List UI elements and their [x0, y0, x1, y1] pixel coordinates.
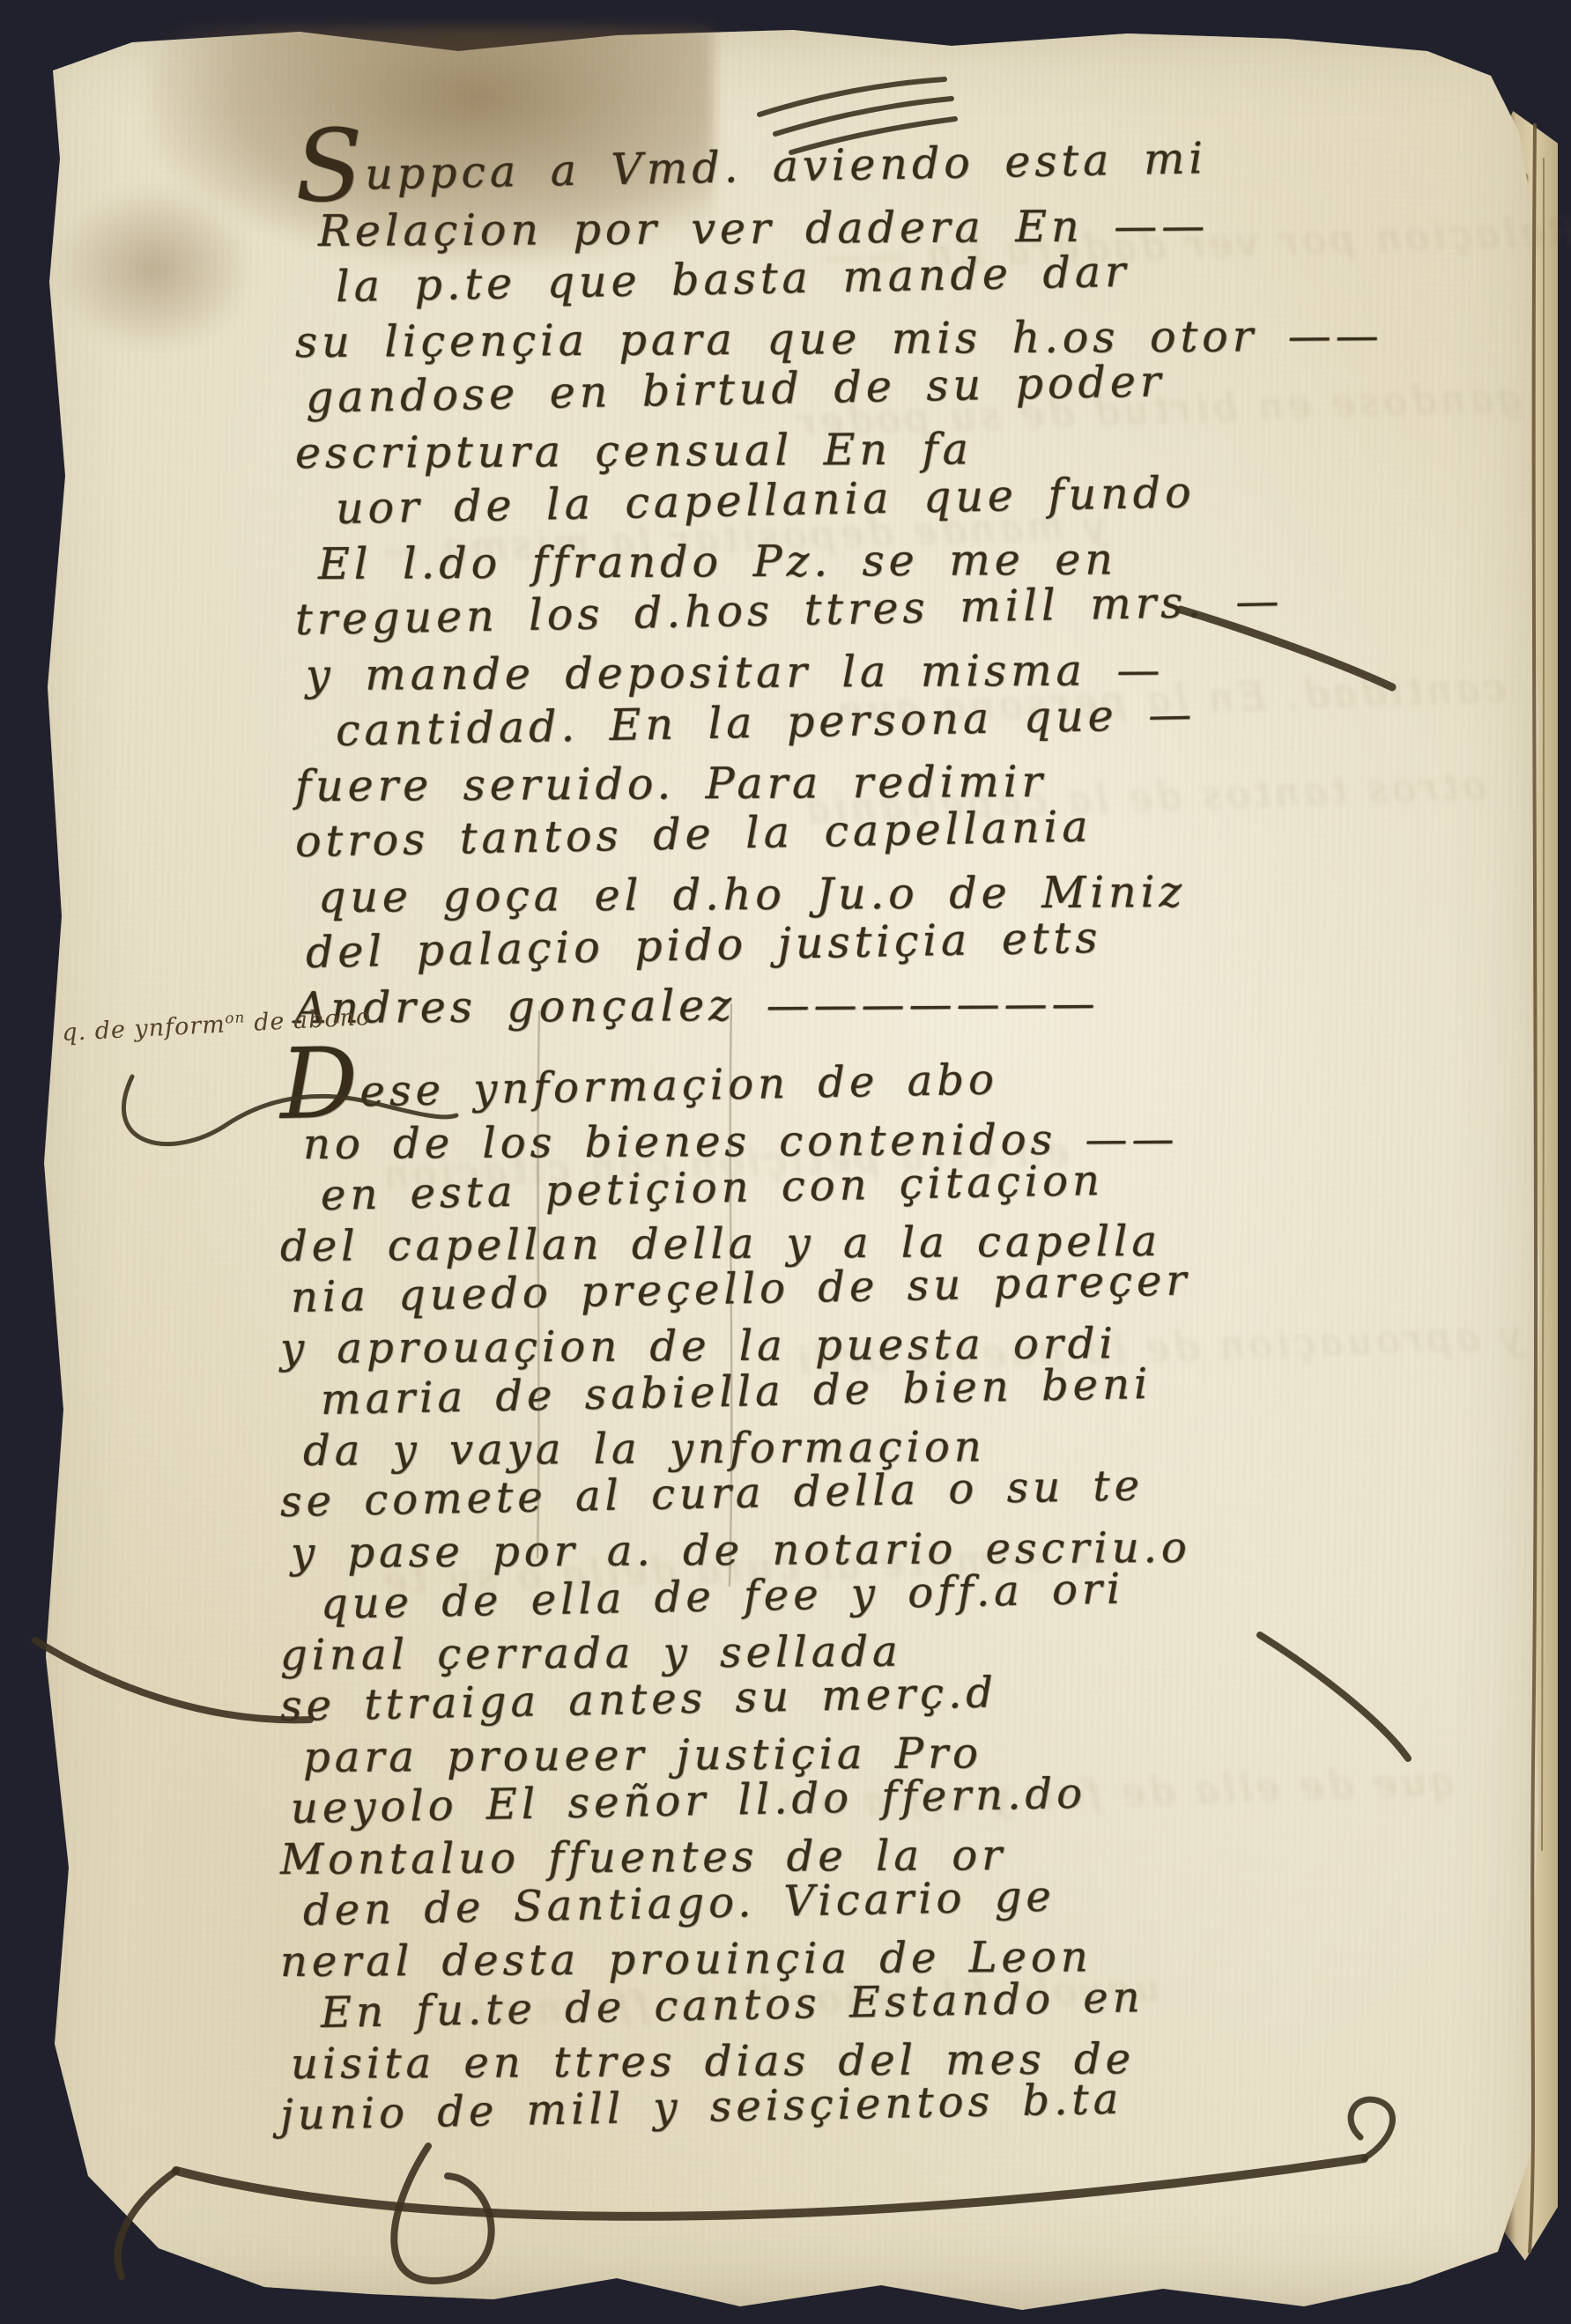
manuscript-scan: { "colors": { "background": "#21212d", "… — [0, 0, 1571, 2324]
margin-note-text: q. de ynform — [61, 1010, 226, 1047]
decree-line: Dese ynformaçion de abo — [279, 1050, 1191, 1119]
petition-line: Andres gonçalez ——————— — [295, 973, 1383, 1036]
petition-paragraph: Suppca a Vmd. aviendo esta miRelaçion po… — [295, 148, 1383, 1036]
decree-paragraph: Dese ynformaçion de abono de los bienes … — [280, 1068, 1191, 2141]
petition-line: Suppca a Vmd. aviendo esta mi — [294, 127, 1383, 204]
manuscript-content: Suppca a Vmd. aviendo esta miRelaçion po… — [0, 0, 1571, 2324]
margin-note-superscript: on — [225, 1008, 246, 1026]
